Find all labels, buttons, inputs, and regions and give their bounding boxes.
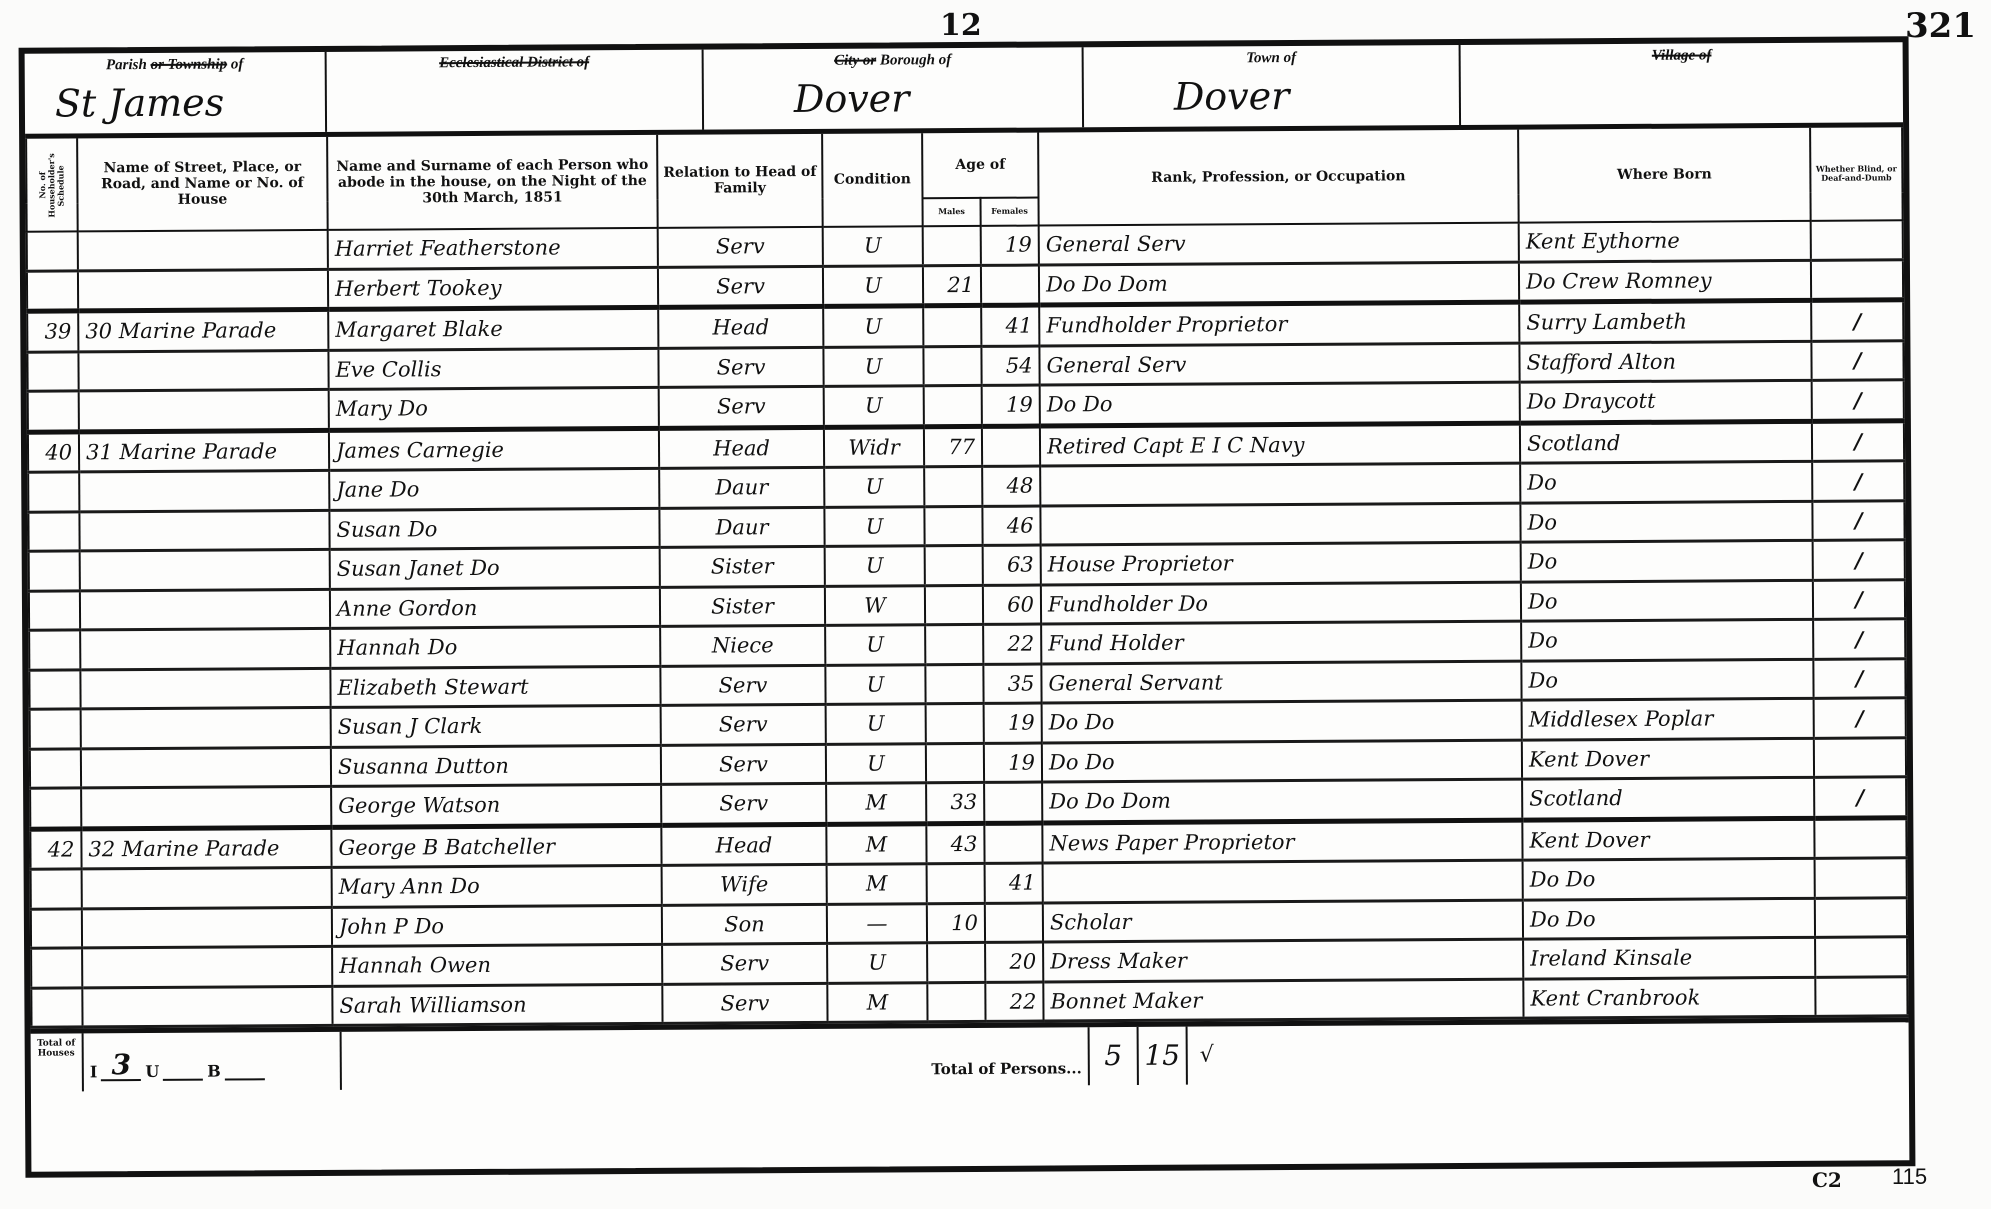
schedule-number bbox=[30, 788, 81, 829]
birthplace: Do Do bbox=[1523, 898, 1815, 939]
marital-condition: U bbox=[823, 226, 923, 266]
male-age bbox=[925, 664, 983, 704]
footer-number: 115 bbox=[1892, 1164, 1927, 1190]
birthplace: Do bbox=[1521, 659, 1813, 700]
building-count bbox=[225, 1078, 265, 1080]
relation-to-head: Serv bbox=[661, 744, 826, 785]
birthplace: Do bbox=[1521, 619, 1813, 660]
female-age: 19 bbox=[984, 703, 1042, 743]
marital-condition: U bbox=[826, 743, 926, 783]
birthplace: Do bbox=[1520, 501, 1812, 542]
disability-mark bbox=[1815, 937, 1907, 977]
person-name: John P Do bbox=[332, 905, 662, 947]
occupation: Do Do bbox=[1042, 740, 1522, 782]
birthplace: Kent Dover bbox=[1522, 738, 1814, 779]
male-age bbox=[925, 624, 983, 664]
col-header-where-born: Where Born bbox=[1518, 128, 1811, 223]
relation-to-head: Serv bbox=[660, 665, 825, 706]
relation-to-head: Serv bbox=[659, 386, 824, 428]
occupation: Fund Holder bbox=[1041, 621, 1521, 663]
female-age: 19 bbox=[984, 743, 1042, 783]
marital-condition: M bbox=[826, 823, 926, 864]
occupation: Scholar bbox=[1043, 900, 1523, 942]
borough-value: Dover bbox=[704, 75, 1082, 121]
schedule-number bbox=[30, 709, 81, 749]
person-name: George B Batcheller bbox=[331, 825, 661, 868]
schedule-number bbox=[30, 748, 81, 788]
occupation: General Servant bbox=[1041, 661, 1521, 703]
female-age: 60 bbox=[983, 585, 1041, 625]
male-age bbox=[924, 385, 982, 426]
disability-mark bbox=[1814, 737, 1906, 777]
disability-mark: / bbox=[1813, 619, 1905, 659]
female-age bbox=[981, 265, 1039, 306]
relation-to-head: Serv bbox=[661, 783, 826, 825]
birthplace: Scotland bbox=[1520, 421, 1812, 463]
relation-to-head: Serv bbox=[658, 347, 823, 388]
relation-to-head: Serv bbox=[662, 983, 827, 1024]
marital-condition: Widr bbox=[824, 426, 924, 467]
person-name: Susan Do bbox=[329, 508, 659, 550]
person-name: Margaret Blake bbox=[328, 307, 658, 350]
marital-condition: M bbox=[827, 982, 927, 1022]
street-address bbox=[82, 907, 332, 948]
relation-to-head: Sister bbox=[660, 586, 825, 627]
occupation bbox=[1040, 463, 1520, 505]
marital-condition: U bbox=[824, 467, 924, 507]
birthplace: Stafford Alton bbox=[1519, 341, 1811, 382]
schedule-number bbox=[29, 590, 80, 630]
occupation bbox=[1040, 503, 1520, 545]
street-address bbox=[80, 549, 330, 590]
parish-value: St James bbox=[25, 80, 325, 126]
col-header-occupation: Rank, Profession, or Occupation bbox=[1038, 130, 1519, 226]
person-name: Herbert Tookey bbox=[328, 267, 658, 310]
ecclesiastical-district-value bbox=[327, 78, 702, 80]
disability-mark: / bbox=[1813, 579, 1905, 619]
male-age bbox=[927, 982, 985, 1022]
person-name: Hannah Do bbox=[330, 626, 660, 668]
folio-number: 12 bbox=[940, 8, 982, 43]
schedule-number bbox=[31, 908, 82, 948]
occupation bbox=[1043, 860, 1523, 902]
street-address bbox=[81, 747, 331, 788]
marital-condition: U bbox=[825, 664, 925, 704]
disability-mark: / bbox=[1811, 300, 1903, 341]
total-females: 15 bbox=[1137, 1027, 1186, 1085]
borough-label: Borough of bbox=[880, 52, 951, 68]
relation-to-head: Niece bbox=[660, 625, 825, 666]
disability-mark bbox=[1815, 897, 1907, 937]
person-name: Susanna Dutton bbox=[331, 745, 661, 787]
female-age: 22 bbox=[983, 624, 1041, 664]
town-value: Dover bbox=[1084, 73, 1459, 119]
marital-condition: — bbox=[827, 903, 927, 943]
occupation: News Paper Proprietor bbox=[1042, 820, 1522, 863]
town-cell: Town of Dover bbox=[1084, 45, 1461, 127]
male-age bbox=[923, 346, 981, 386]
occupation: General Serv bbox=[1039, 223, 1519, 265]
street-address bbox=[78, 230, 328, 271]
marital-condition: U bbox=[825, 546, 925, 586]
schedule-number bbox=[27, 231, 78, 270]
place-header: Parish or Township of St James Ecclesias… bbox=[25, 42, 1903, 138]
marital-condition: U bbox=[826, 704, 926, 744]
relation-to-head: Head bbox=[661, 824, 826, 866]
occupation: Do Do bbox=[1040, 382, 1520, 425]
person-name: Mary Ann Do bbox=[332, 865, 662, 907]
person-name: Sarah Williamson bbox=[332, 984, 662, 1026]
female-age: 54 bbox=[981, 346, 1039, 386]
birthplace: Kent Dover bbox=[1522, 818, 1814, 860]
person-name: Hannah Owen bbox=[332, 944, 662, 986]
col-header-relation: Relation to Head of Family bbox=[657, 134, 823, 228]
col-header-name: Name and Surname of each Person who abod… bbox=[327, 135, 658, 230]
street-address bbox=[80, 589, 330, 630]
male-age: 33 bbox=[926, 782, 984, 823]
col-header-disability: Whether Blind, or Deaf-and-Dumb bbox=[1810, 127, 1903, 221]
person-name: Anne Gordon bbox=[330, 587, 660, 629]
street-address bbox=[81, 786, 331, 828]
birthplace: Ireland Kinsale bbox=[1523, 937, 1815, 978]
occupation: Fundholder Proprietor bbox=[1039, 302, 1519, 345]
birthplace: Kent Eythorne bbox=[1519, 221, 1811, 262]
female-age: 19 bbox=[981, 226, 1039, 265]
marital-condition: U bbox=[823, 265, 923, 306]
marital-condition: M bbox=[826, 783, 926, 824]
relation-to-head: Serv bbox=[661, 704, 826, 745]
street-address: 31 Marine Parade bbox=[79, 430, 329, 472]
relation-to-head: Serv bbox=[658, 227, 823, 267]
street-address bbox=[79, 510, 329, 551]
birthplace: Scotland bbox=[1522, 777, 1814, 819]
street-address bbox=[82, 986, 332, 1027]
marital-condition: U bbox=[824, 506, 924, 546]
parish-label: Parish bbox=[106, 57, 147, 73]
footer-code: C2 bbox=[1812, 1168, 1842, 1192]
check-mark-icon: √ bbox=[1186, 1022, 1909, 1084]
schedule-number bbox=[29, 669, 80, 709]
city-struck-label: City or bbox=[834, 53, 876, 69]
house-counts: I 3 U B bbox=[84, 1032, 342, 1092]
birthplace: Surry Lambeth bbox=[1519, 300, 1811, 342]
village-value bbox=[1461, 70, 1903, 73]
occupation: Bonnet Maker bbox=[1043, 979, 1523, 1021]
schedule-number: 42 bbox=[30, 828, 81, 869]
street-address bbox=[79, 470, 329, 511]
occupation: Do Do bbox=[1042, 700, 1522, 742]
female-age: 41 bbox=[985, 863, 1043, 903]
male-age bbox=[926, 703, 984, 743]
person-name: James Carnegie bbox=[329, 428, 659, 471]
female-age bbox=[984, 823, 1042, 864]
total-persons-label: Total of Persons... bbox=[342, 1027, 1088, 1090]
relation-to-head: Serv bbox=[658, 266, 823, 308]
person-name: George Watson bbox=[331, 784, 661, 827]
street-address bbox=[79, 389, 329, 431]
borough-cell: City or Borough of Dover bbox=[704, 47, 1084, 129]
schedule-number: 39 bbox=[27, 311, 78, 352]
schedule-number bbox=[31, 987, 82, 1027]
female-age: 41 bbox=[981, 305, 1039, 346]
male-age: 43 bbox=[926, 823, 984, 864]
relation-to-head: Serv bbox=[662, 943, 827, 984]
village-struck-label: Village of bbox=[1461, 46, 1903, 66]
street-address bbox=[78, 269, 328, 311]
ecclesiastical-district-label: Ecclesiastical District of bbox=[327, 54, 702, 73]
schedule-number bbox=[28, 511, 79, 551]
female-age bbox=[985, 903, 1043, 943]
male-age bbox=[924, 506, 982, 546]
street-address: 30 Marine Parade bbox=[78, 309, 328, 351]
person-name: Susan Janet Do bbox=[330, 547, 660, 589]
marital-condition: U bbox=[825, 625, 925, 665]
male-age bbox=[927, 863, 985, 903]
male-age: 21 bbox=[923, 265, 981, 306]
census-form: Parish or Township of St James Ecclesias… bbox=[19, 36, 1916, 1178]
col-header-age: Age of bbox=[922, 133, 1038, 199]
street-address bbox=[82, 946, 332, 987]
schedule-number bbox=[31, 869, 82, 909]
marital-condition: U bbox=[824, 386, 924, 427]
total-houses-label: Total of Houses bbox=[31, 1033, 84, 1091]
col-header-males: Males bbox=[923, 198, 981, 226]
relation-to-head: Daur bbox=[659, 467, 824, 508]
street-address bbox=[80, 628, 330, 669]
schedule-number bbox=[28, 391, 79, 432]
total-males: 5 bbox=[1088, 1027, 1137, 1085]
male-age bbox=[927, 942, 985, 982]
disability-mark: / bbox=[1813, 658, 1905, 698]
birthplace: Middlesex Poplar bbox=[1522, 698, 1814, 739]
female-age: 46 bbox=[982, 506, 1040, 546]
marital-condition: W bbox=[825, 585, 925, 625]
schedule-number bbox=[27, 270, 78, 311]
relation-to-head: Sister bbox=[660, 546, 825, 587]
totals-footer: Total of Houses I 3 U B Total of Persons… bbox=[31, 1017, 1909, 1091]
street-address bbox=[78, 350, 328, 391]
marital-condition: U bbox=[827, 943, 927, 983]
occupation: Do Do Dom bbox=[1042, 779, 1522, 822]
female-age bbox=[982, 426, 1040, 467]
female-age: 63 bbox=[983, 545, 1041, 585]
male-age: 10 bbox=[927, 903, 985, 943]
person-name: Susan J Clark bbox=[331, 705, 661, 747]
village-cell: Village of bbox=[1461, 42, 1903, 125]
disability-mark bbox=[1814, 817, 1906, 858]
street-address: 32 Marine Parade bbox=[81, 827, 331, 869]
street-address bbox=[82, 867, 332, 908]
inhabited-count: 3 bbox=[101, 1051, 141, 1081]
uninhabited-count bbox=[163, 1079, 203, 1081]
relation-to-head: Son bbox=[662, 904, 827, 945]
col-header-females: Females bbox=[981, 198, 1039, 226]
township-struck-label: or Township bbox=[151, 57, 228, 73]
male-age bbox=[923, 226, 981, 265]
schedule-number bbox=[29, 630, 80, 670]
female-age bbox=[984, 782, 1042, 823]
disability-mark: / bbox=[1812, 380, 1904, 421]
occupation: Fundholder Do bbox=[1041, 582, 1521, 624]
disability-mark bbox=[1815, 858, 1907, 898]
census-table: No. of Householder's Schedule Name of St… bbox=[25, 127, 1908, 1028]
town-label: Town of bbox=[1084, 49, 1459, 68]
ecclesiastical-district-cell: Ecclesiastical District of bbox=[327, 50, 704, 132]
marital-condition: U bbox=[823, 306, 923, 347]
birthplace: Do bbox=[1521, 580, 1813, 621]
col-header-condition: Condition bbox=[822, 133, 923, 227]
occupation: House Proprietor bbox=[1041, 542, 1521, 584]
disability-mark: / bbox=[1814, 698, 1906, 738]
relation-to-head: Wife bbox=[662, 864, 827, 905]
female-age: 22 bbox=[985, 982, 1043, 1022]
person-name: Eve Collis bbox=[328, 348, 658, 390]
disability-mark bbox=[1811, 259, 1903, 300]
female-age: 48 bbox=[982, 466, 1040, 506]
disability-mark: / bbox=[1814, 777, 1906, 818]
male-age bbox=[925, 545, 983, 585]
marital-condition: M bbox=[827, 864, 927, 904]
parish-cell: Parish or Township of St James bbox=[25, 52, 327, 134]
col-header-street: Name of Street, Place, or Road, and Name… bbox=[77, 137, 328, 232]
birthplace: Do Crew Romney bbox=[1519, 260, 1811, 302]
birthplace: Kent Cranbrook bbox=[1523, 977, 1815, 1018]
occupation: Retired Capt E I C Navy bbox=[1040, 423, 1520, 466]
birthplace: Do Draycott bbox=[1520, 380, 1812, 422]
person-name: Mary Do bbox=[329, 387, 659, 430]
schedule-number bbox=[29, 551, 80, 591]
male-age bbox=[924, 466, 982, 506]
occupation: Do Do Dom bbox=[1039, 262, 1519, 305]
disability-mark bbox=[1811, 220, 1903, 260]
female-age: 19 bbox=[982, 385, 1040, 426]
occupation: Dress Maker bbox=[1043, 939, 1523, 981]
person-name: Harriet Featherstone bbox=[328, 228, 658, 269]
disability-mark: / bbox=[1813, 540, 1905, 580]
male-age bbox=[923, 305, 981, 346]
marital-condition: U bbox=[823, 346, 923, 386]
male-age: 77 bbox=[924, 426, 982, 467]
schedule-number: 40 bbox=[28, 431, 79, 472]
birthplace: Do bbox=[1521, 540, 1813, 581]
person-name: Elizabeth Stewart bbox=[330, 666, 660, 708]
birthplace: Do bbox=[1520, 461, 1812, 502]
relation-to-head: Head bbox=[658, 306, 823, 348]
male-age bbox=[926, 743, 984, 783]
female-age: 35 bbox=[983, 664, 1041, 704]
census-rows: Harriet FeatherstoneServU19General ServK… bbox=[27, 220, 1908, 1027]
disability-mark: / bbox=[1812, 420, 1904, 461]
female-age: 20 bbox=[985, 942, 1043, 982]
disability-mark bbox=[1815, 976, 1907, 1016]
occupation: General Serv bbox=[1039, 343, 1519, 385]
street-address bbox=[81, 707, 331, 748]
disability-mark: / bbox=[1812, 500, 1904, 540]
disability-mark: / bbox=[1812, 461, 1904, 501]
relation-to-head: Head bbox=[659, 427, 824, 469]
relation-to-head: Daur bbox=[659, 507, 824, 548]
disability-mark: / bbox=[1811, 340, 1903, 380]
street-address bbox=[80, 668, 330, 709]
birthplace: Do Do bbox=[1523, 858, 1815, 899]
schedule-number bbox=[28, 472, 79, 512]
schedule-number bbox=[27, 351, 78, 391]
col-header-schedule: No. of Householder's Schedule bbox=[26, 138, 78, 231]
schedule-number bbox=[31, 948, 82, 988]
person-name: Jane Do bbox=[329, 468, 659, 510]
sheet-number: 321 bbox=[1905, 6, 1976, 46]
male-age bbox=[925, 585, 983, 625]
